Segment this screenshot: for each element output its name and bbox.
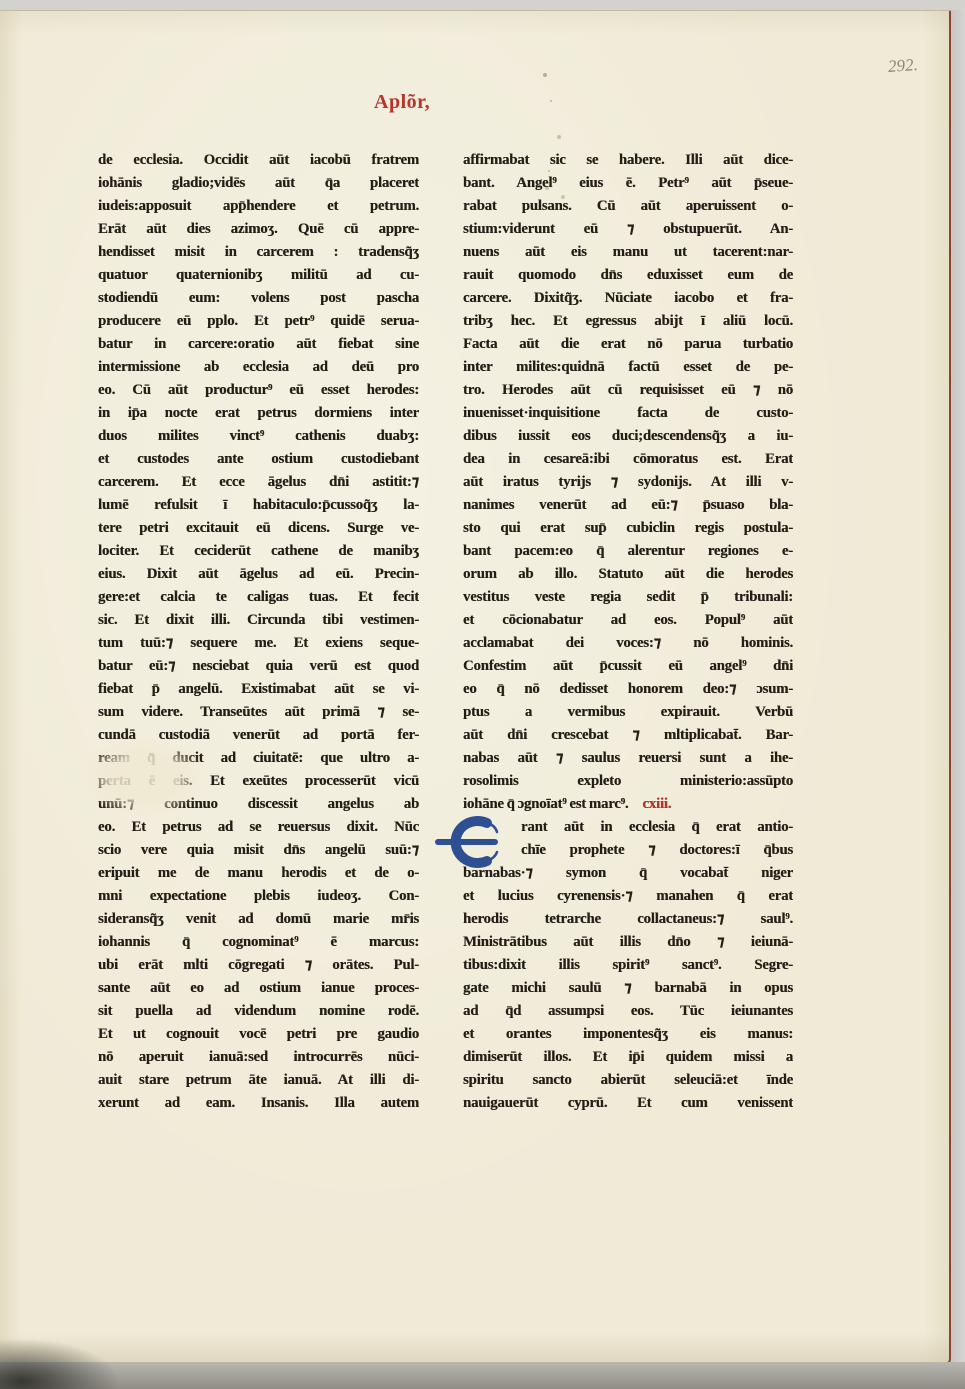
text-line: nō aperuit ianuā:sed introcurrēs nūci- [98,1046,419,1069]
running-title: Aplõr, [374,91,430,114]
text-line: sante aūt eo ad ostium ianue proces- [98,977,419,1000]
text-column-left: de ecclesia. Occidit aūt iacobū fratremi… [98,149,419,1115]
text-line: lumē refulsit ī habitaculo:p̄cussoq̃ʒ la… [98,494,419,517]
text-line: inter milites:quidnā factū esset de pe- [463,356,793,379]
text-line: rabat pulsans. Cū aūt aperuissent o- [463,195,793,218]
text-line: in ip̄a nocte erat petrus dormiens inter [98,402,419,425]
text-line: auit stare petrum āte ianuā. At illi di- [98,1069,419,1092]
text-line: nuens aūt eis manu ut tacerent:nar- [463,241,793,264]
text-line: sit puella ad videndum nomine rodē. [98,1000,419,1023]
text-line: rauit quomodo dn̄s eduxisset eum de [463,264,793,287]
text-line: unū:⁊ continuo discessit angelus ab [98,793,419,816]
text-line: quatuor quaternionibʒ militū ad cu- [98,264,419,287]
text-line: Facta aūt die erat nō parua turbatio [463,333,793,356]
text-line: et custodes ante ostium custodiebant [98,448,419,471]
text-line: eo. Cū aūt productur⁹ eū esset herodes: [98,379,419,402]
chapter-marker-line: iohāne q̄ ɔgnoīat⁹ est marc⁹.cxiii. [463,793,793,816]
text-line: rosolimis expleto ministerio:assūpto [463,770,793,793]
text-line: acclamabat dei voces:⁊ nō hominis. [463,632,793,655]
text-line: bant. Angel⁹ eius ē. Petr⁹ aūt p̄seue- [463,172,793,195]
scan-bottom-shadow [0,1362,965,1389]
text-line: bant pacem:eo q̄ alerentur regiones e- [463,540,793,563]
text-line: Et ut cognouit vocē petri pre gaudio [98,1023,419,1046]
text-line: inuenisset·inquisitione facta de custo- [463,402,793,425]
text-line: eripuit me de manu herodis et de o- [98,862,419,885]
text-line: orum ab illo. Statuto aūt die herodes [463,563,793,586]
text-line: xerunt ad eam. Insanis. Illa autem [98,1092,419,1115]
text-line: producere eū pplo. Et petr⁹ quidē serua- [98,310,419,333]
text-line: spiritu sancto abierūt seleuciā:et īnde [463,1069,793,1092]
text-line: eo q̄ nō dedisset honorem deo:⁊ ɔsum- [463,678,793,701]
text-line: fiebat p̄ angelū. Existimabat aūt se vi- [98,678,419,701]
right-column-upper-block: affirmabat sic se habere. Illi aūt dice-… [463,149,793,793]
text-line: et cōcionabatur ad eos. Popul⁹ aūt [463,609,793,632]
ink-speckles [543,73,547,77]
text-line: dea in cesareā:ibi cōmoratus est. Erat [463,448,793,471]
text-line: gere:et calcia te caligas tuas. Et fecit [98,586,419,609]
text-line: ubi erāt mlti cōgregati ⁊ orātes. Pul- [98,954,419,977]
text-line: iohannis q̄ cognominat⁹ ē marcus: [98,931,419,954]
text-line: dibus iussit eos duci;descendensq̃ʒ a iu… [463,425,793,448]
text-line: ptus a vermibus expirauit. Verbū [463,701,793,724]
text-line: scio vere quia misit dn̄s angelū suū:⁊ [98,839,419,862]
scanned-manuscript-view: { "page": { "running_title": "Aplõr,", "… [0,0,965,1389]
text-line: intermissione ab ecclesia ad deū pro [98,356,419,379]
text-line: stodiendū eum: volens post pascha [98,287,419,310]
text-line: barnabas·⁊ symon q̄ vocabat̄ niger [463,862,793,885]
text-line: batur in carcere:oratio aūt fiebat sine [98,333,419,356]
text-line: nanimes venerūt ad eū:⁊ p̄suaso bla- [463,494,793,517]
text-line: dimiserūt illos. Et ip̄i quidem missi a [463,1046,793,1069]
text-line: tere petri excitauit eū dicens. Surge ve… [98,517,419,540]
text-line: de ecclesia. Occidit aūt iacobū fratrem [98,149,419,172]
text-line: sic. Et dixit illi. Circunda tibi vestim… [98,609,419,632]
initial-indented-block: rant aūt in ecclesia q̄ erat antio-chīe … [463,816,793,862]
text-line: eius. Dixit aūt āgelus ad eū. Precin- [98,563,419,586]
text-line: iohānis gladio;vidēs aūt q̄a placeret [98,172,419,195]
text-line: batur eū:⁊ nesciebat quia verū est quod [98,655,419,678]
text-line: et orantes imponentesq̃ʒ eis manus: [463,1023,793,1046]
manuscript-page: Aplõr, 292. de ecclesia. Occidit aūt iac… [0,10,951,1365]
page-edge-background [951,10,965,1362]
text-line: tum tuū:⁊ sequere me. Et exiens seque- [98,632,419,655]
text-line: rant aūt in ecclesia q̄ erat antio- [463,816,793,839]
text-line: tro. Herodes aūt cū requisisset eū ⁊ nō [463,379,793,402]
chapter-number-rubric: cxiii. [642,796,671,812]
text-line: ad q̄d assumpsi eos. Tūc ieiunantes [463,1000,793,1023]
illuminated-initial-e-icon: E [435,815,499,869]
text-line: sto qui erat sup̄ cubiclin regis postula… [463,517,793,540]
folio-number: 292. [887,55,918,77]
text-line: sum videre. Transeūtes aūt primā ⁊ se- [98,701,419,724]
text-line: mni expectatione plebis iudeoʒ. Con- [98,885,419,908]
text-line: Confestim aūt p̄cussit eū angel⁹ dn̄i [463,655,793,678]
text-line: sideransq̃ʒ venit ad domū marie mr̄is [98,908,419,931]
text-line: hendisset misit in carcerem : tradensq̃ʒ [98,241,419,264]
text-line: tibus:dixit illis spirit⁹ sanct⁹. Segre- [463,954,793,977]
text-line: nauigauerūt cyprū. Et cum venissent [463,1092,793,1115]
text-line: et lucius cyrenensis·⁊ manahen q̄ erat [463,885,793,908]
text-line: ream q̄ ducit ad ciuitatē: que ultro a- [98,747,419,770]
text-line: gate michi saulū ⁊ barnabā in opus [463,977,793,1000]
text-line: lociter. Et ceciderūt cathene de manibʒ [98,540,419,563]
text-column-right: affirmabat sic se habere. Illi aūt dice-… [463,149,793,1115]
text-line: vestitus veste regia sedit p̄ tribunali: [463,586,793,609]
text-line: carcere. Dixitq̃ʒ. Nūciate iacobo et fra… [463,287,793,310]
text-line: nabas aūt ⁊ saulus reuersi sunt a ihe- [463,747,793,770]
text-line: chīe prophete ⁊ doctores:ī q̄bus [463,839,793,862]
text-line: aūt dn̄i crescebat ⁊ mltiplicabat̄. Bar- [463,724,793,747]
text-line: affirmabat sic se habere. Illi aūt dice- [463,149,793,172]
text-line: stium:viderunt eū ⁊ obstupuerūt. An- [463,218,793,241]
text-line: tribʒ hec. Et egressus abijt ī aliū locū… [463,310,793,333]
lombardic-e-icon [435,815,499,869]
right-column-lower-block: barnabas·⁊ symon q̄ vocabat̄ nigeret luc… [463,862,793,1115]
text-line: duos milites vinct⁹ cathenis duabʒ: [98,425,419,448]
text-line: Erāt aūt dies azimoʒ. Quē cū appre- [98,218,419,241]
text-line: eo. Et petrus ad se reuersus dixit. Nūc [98,816,419,839]
text-line: carcerem. Et ecce āgelus dn̄i astitit:⁊ [98,471,419,494]
text-line: herodis tetrarche collactaneus:⁊ saul⁹. [463,908,793,931]
text-line: Ministrātibus aūt illis dn̄o ⁊ ieiunā- [463,931,793,954]
text-line: perta ē eis. Et exeūtes processerūt vicū [98,770,419,793]
text-line: iudeis:apposuit app̄hendere et petrum. [98,195,419,218]
text-line: cundā custodiā venerūt ad portā fer- [98,724,419,747]
text-line: aūt iratus tyrijs ⁊ sydonijs. At illi v- [463,471,793,494]
text-line: iohāne q̄ ɔgnoīat⁹ est marc⁹. [463,796,628,812]
